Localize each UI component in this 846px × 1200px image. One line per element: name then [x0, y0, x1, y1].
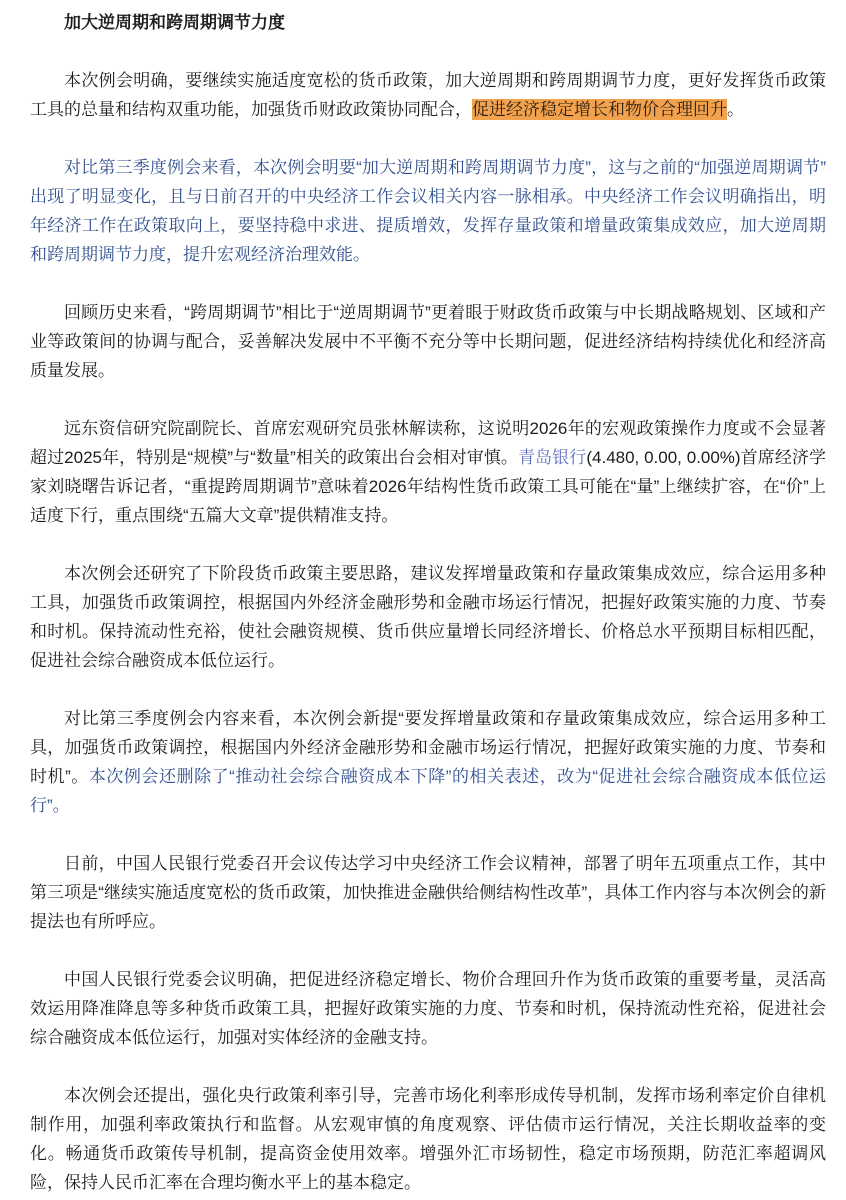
text-run: 本次例会还研究了下阶段货币政策主要思路，建议发挥增量政策和存量政策集成效应，综合…	[30, 564, 826, 670]
article-body: 本次例会明确，要继续实施适度宽松的货币政策，加大逆周期和跨周期调节力度，更好发挥…	[30, 66, 826, 1197]
article-heading: 加大逆周期和跨周期调节力度	[30, 8, 826, 37]
paragraph: 日前，中国人民银行党委召开会议传达学习中央经济工作会议精神，部署了明年五项重点工…	[30, 849, 826, 936]
text-run: 回顾历史来看，“跨周期调节”相比于“逆周期调节”更着眼于财政货币政策与中长期战略…	[30, 303, 826, 380]
paragraph: 对比第三季度例会内容来看，本次例会新提“要发挥增量政策和存量政策集成效应，综合运…	[30, 704, 826, 820]
highlighted-text: 促进经济稳定增长和物价合理回升	[472, 99, 727, 120]
paragraph: 对比第三季度例会来看，本次例会明要“加大逆周期和跨周期调节力度”，这与之前的“加…	[30, 153, 826, 269]
paragraph: 回顾历史来看，“跨周期调节”相比于“逆周期调节”更着眼于财政货币政策与中长期战略…	[30, 298, 826, 385]
paragraph: 本次例会还研究了下阶段货币政策主要思路，建议发挥增量政策和存量政策集成效应，综合…	[30, 559, 826, 675]
commentary-text: 对比第三季度例会来看，本次例会明要“加大逆周期和跨周期调节力度”，这与之前的“加…	[30, 158, 826, 264]
text-run: 本次例会还提出，强化央行政策利率引导，完善市场化利率形成传导机制，发挥市场利率定…	[30, 1086, 826, 1192]
article: 加大逆周期和跨周期调节力度 本次例会明确，要继续实施适度宽松的货币政策，加大逆周…	[0, 0, 846, 1197]
commentary-text: 本次例会还删除了“推动社会综合融资成本下降”的相关表述，改为“促进社会综合融资成…	[30, 767, 826, 815]
text-run: 。	[727, 100, 744, 119]
paragraph: 中国人民银行党委会议明确，把促进经济稳定增长、物价合理回升作为货币政策的重要考量…	[30, 965, 826, 1052]
paragraph: 远东资信研究院副院长、首席宏观研究员张林解读称，这说明2026年的宏观政策操作力…	[30, 414, 826, 530]
stock-link-qingdao-bank[interactable]: 青岛银行	[518, 448, 586, 467]
stock-quote: (4.480, 0.00, 0.00%)	[586, 448, 740, 467]
paragraph: 本次例会还提出，强化央行政策利率引导，完善市场化利率形成传导机制，发挥市场利率定…	[30, 1081, 826, 1197]
paragraph: 本次例会明确，要继续实施适度宽松的货币政策，加大逆周期和跨周期调节力度，更好发挥…	[30, 66, 826, 124]
text-run: 中国人民银行党委会议明确，把促进经济稳定增长、物价合理回升作为货币政策的重要考量…	[30, 970, 826, 1047]
text-run: 日前，中国人民银行党委召开会议传达学习中央经济工作会议精神，部署了明年五项重点工…	[30, 854, 826, 931]
